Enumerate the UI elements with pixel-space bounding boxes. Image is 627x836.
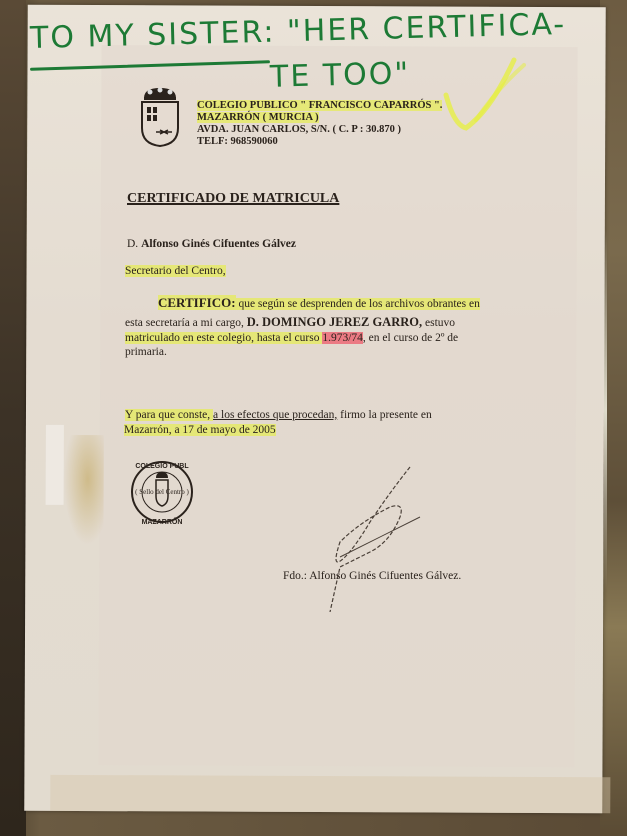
- handwritten-note-line2: TE TOO": [270, 56, 411, 95]
- paper-inner: [98, 45, 577, 767]
- closing-underlined: a los efectos que procedan,: [213, 409, 337, 421]
- course-year: 1.973/74: [322, 332, 363, 344]
- school-header: COLEGIO PUBLICO " FRANCISCO CAPARRÓS ". …: [197, 100, 442, 148]
- school-name: COLEGIO PUBLICO " FRANCISCO CAPARRÓS ".: [197, 100, 442, 112]
- signatory-role: Secretario del Centro,: [125, 265, 226, 278]
- school-seal-icon: COLEGIO PUBL MAZARRÓN ( Sello del Centro…: [122, 456, 198, 528]
- signed-by: Fdo.: Alfonso Ginés Cifuentes Gálvez.: [283, 570, 461, 582]
- svg-text:( Sello del Centro ): ( Sello del Centro ): [135, 488, 189, 496]
- school-location: MAZARRÓN ( MURCIA ): [197, 112, 442, 124]
- background-left: [0, 0, 26, 836]
- certifico-line3: matriculado en este colegio, hasta el cu…: [125, 332, 458, 345]
- stain: [63, 435, 103, 545]
- frame-glare: [604, 230, 607, 590]
- certifico-line4: primaria.: [125, 346, 167, 359]
- closing-line2: Mazarrón, a 17 de mayo de 2005: [124, 424, 276, 437]
- certifico-line1: CERTIFICO: que según se desprenden de lo…: [158, 296, 480, 311]
- signatory-line: D. Alfonso Ginés Cifuentes Gálvez: [127, 238, 296, 251]
- certifico-label: CERTIFICO:: [158, 295, 236, 310]
- school-address: AVDA. JUAN CARLOS, S/N. ( C. P : 30.870 …: [197, 124, 442, 136]
- closing-line1: Y para que conste, a los efectos que pro…: [125, 409, 432, 422]
- svg-text:COLEGIO PUBL: COLEGIO PUBL: [135, 463, 189, 470]
- student-name: D. DOMINGO JEREZ GARRO,: [247, 315, 422, 329]
- tape-strip: [46, 425, 64, 505]
- signatory-name: Alfonso Ginés Cifuentes Gálvez: [141, 238, 296, 250]
- svg-text:MAZARRÓN: MAZARRÓN: [142, 517, 183, 526]
- paper-bottom-band: [50, 775, 610, 813]
- coat-of-arms-icon: [136, 84, 184, 148]
- highlighter-check-icon: [436, 50, 526, 140]
- document-title: CERTIFICADO DE MATRICULA: [127, 191, 339, 207]
- signature-scribble-icon: [310, 462, 440, 612]
- school-phone: TELF: 968590060: [197, 136, 442, 148]
- certifico-line2: esta secretaría a mi cargo, D. DOMINGO J…: [125, 316, 455, 330]
